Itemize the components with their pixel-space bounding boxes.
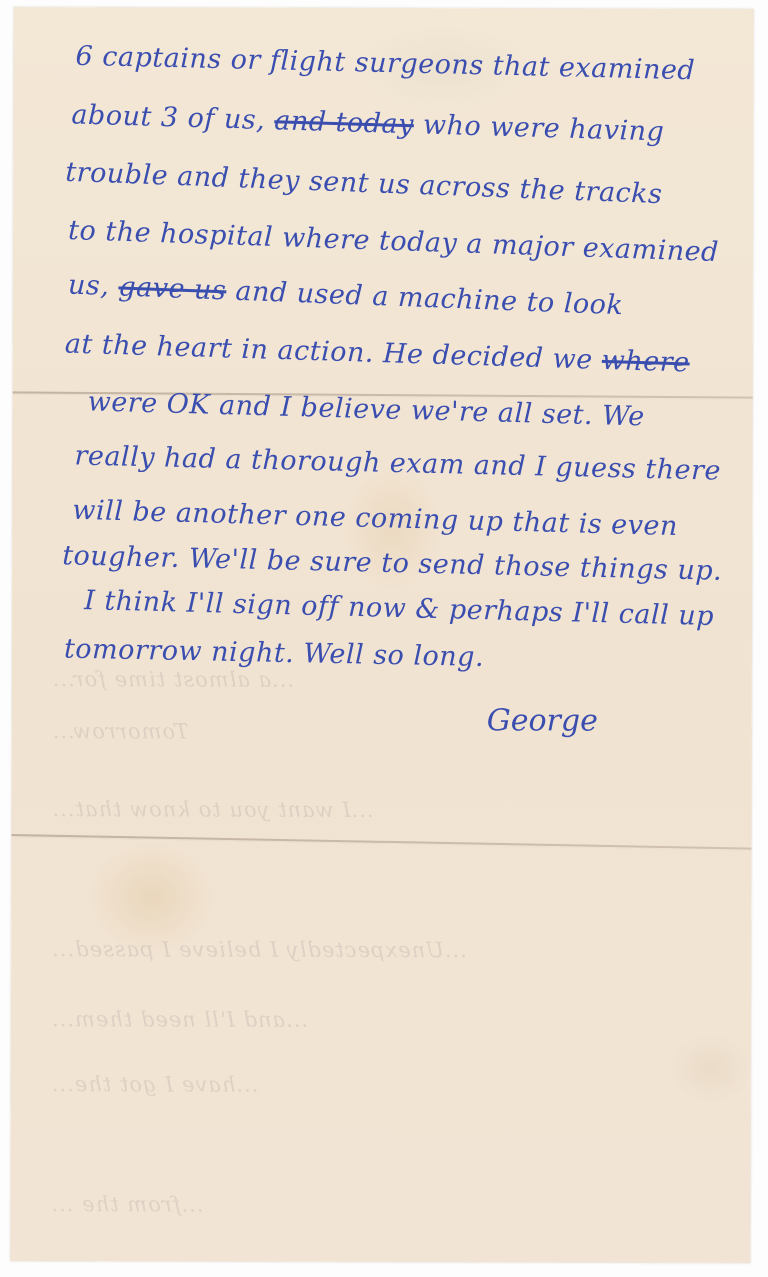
- bleed-through-text: ...Unexpectedly I believe I passed...: [51, 937, 467, 962]
- bleed-through-text: ...I want you to know that...: [52, 797, 374, 822]
- letter-line: I think I'll sign off now & perhaps I'll…: [84, 585, 715, 632]
- bleed-through-text: ...have I got the...: [51, 1072, 259, 1097]
- bleed-through-text: Tomorrow...: [52, 719, 189, 743]
- bleed-through-text: ...and I'll need them...: [51, 1007, 308, 1032]
- letter-line: at the heart in action. He decided we wh…: [64, 328, 690, 378]
- struck-text: gave us: [118, 271, 227, 306]
- signature: George: [487, 703, 598, 738]
- letter-line: trouble and they sent us across the trac…: [65, 157, 663, 210]
- letter-line: us, gave us and used a machine to look: [68, 269, 624, 321]
- letter-line: were OK and I believe we're all set. We: [87, 386, 645, 432]
- bleed-through-text: ...from the ...: [50, 1192, 203, 1216]
- letter-line: really had a thorough exam and I guess t…: [74, 440, 721, 486]
- letter-line: 6 captains or flight surgeons that exami…: [75, 41, 695, 87]
- letter-line: tougher. We'll be sure to send those thi…: [62, 540, 723, 587]
- letter-line: about 3 of us, and today who were having: [71, 99, 665, 147]
- letter-paper: ...a almost time for... Tomorrow... ...I…: [10, 7, 753, 1263]
- bleed-through-text: ...a almost time for...: [52, 667, 294, 692]
- letter-line: will be another one coming up that is ev…: [72, 495, 678, 542]
- struck-text: and today: [274, 105, 414, 140]
- fold-line-lower: [11, 834, 751, 851]
- struck-text: where: [601, 345, 690, 379]
- letter-body: 6 captains or flight surgeons that exami…: [14, 7, 754, 9]
- letter-line: to the hospital where today a major exam…: [68, 215, 720, 268]
